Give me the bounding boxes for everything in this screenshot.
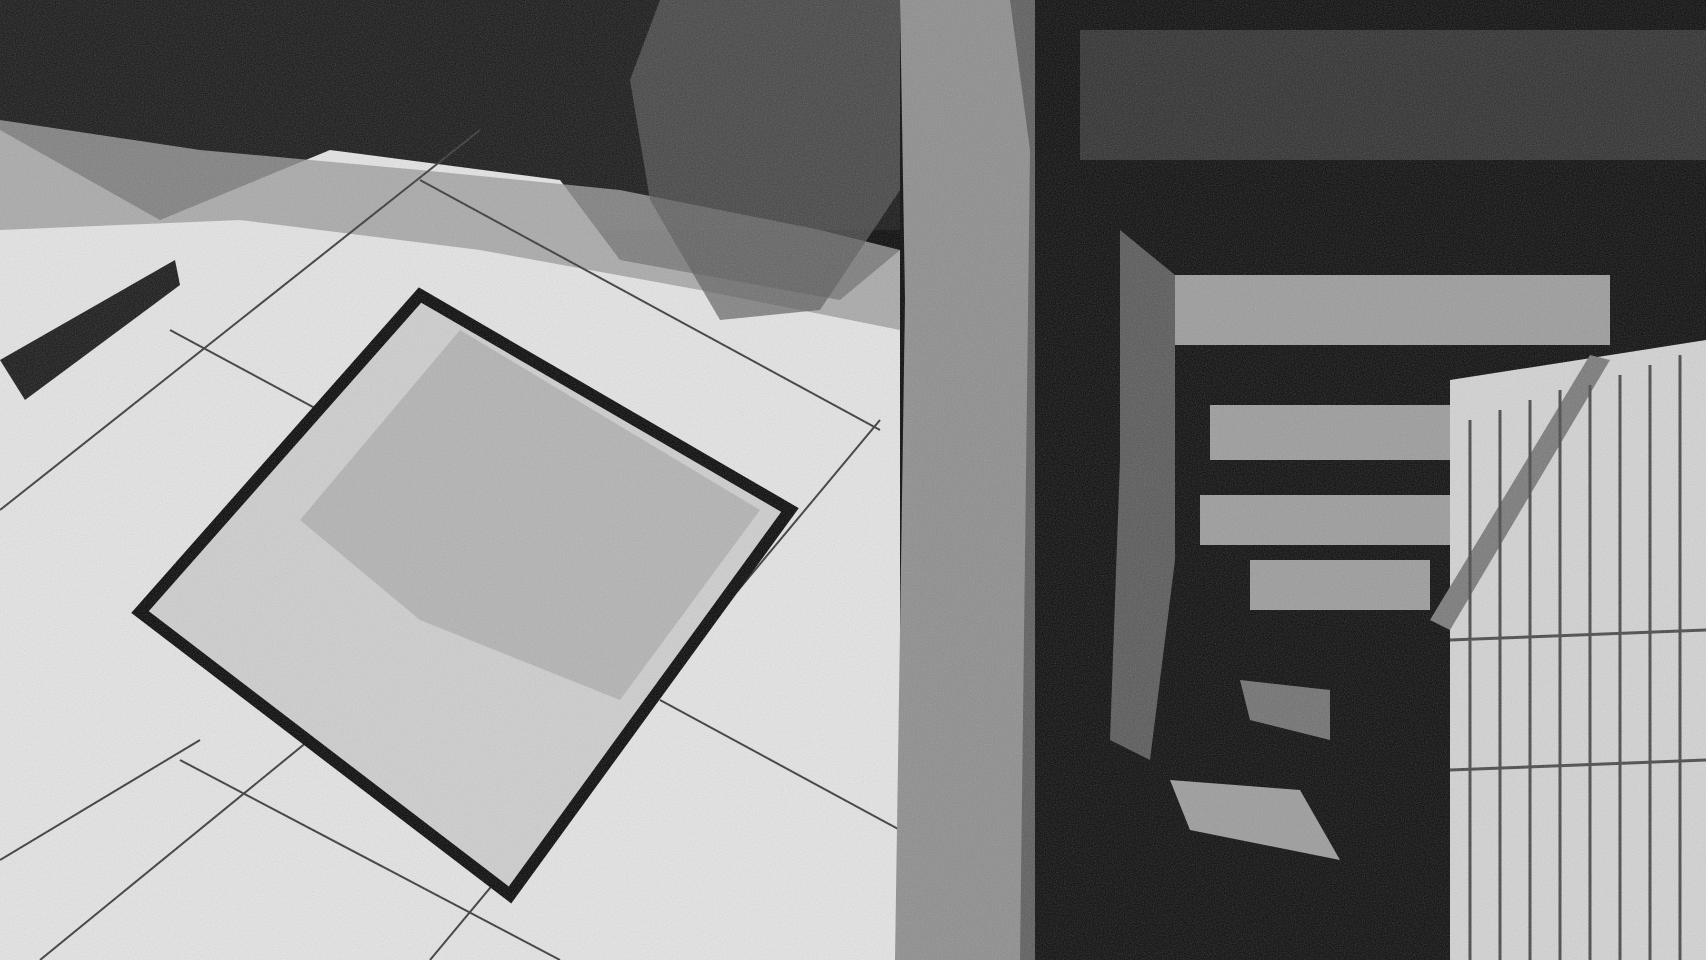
white-specks	[0, 0, 1706, 960]
photo-canvas	[0, 0, 1706, 960]
photo-scene	[0, 0, 1706, 960]
